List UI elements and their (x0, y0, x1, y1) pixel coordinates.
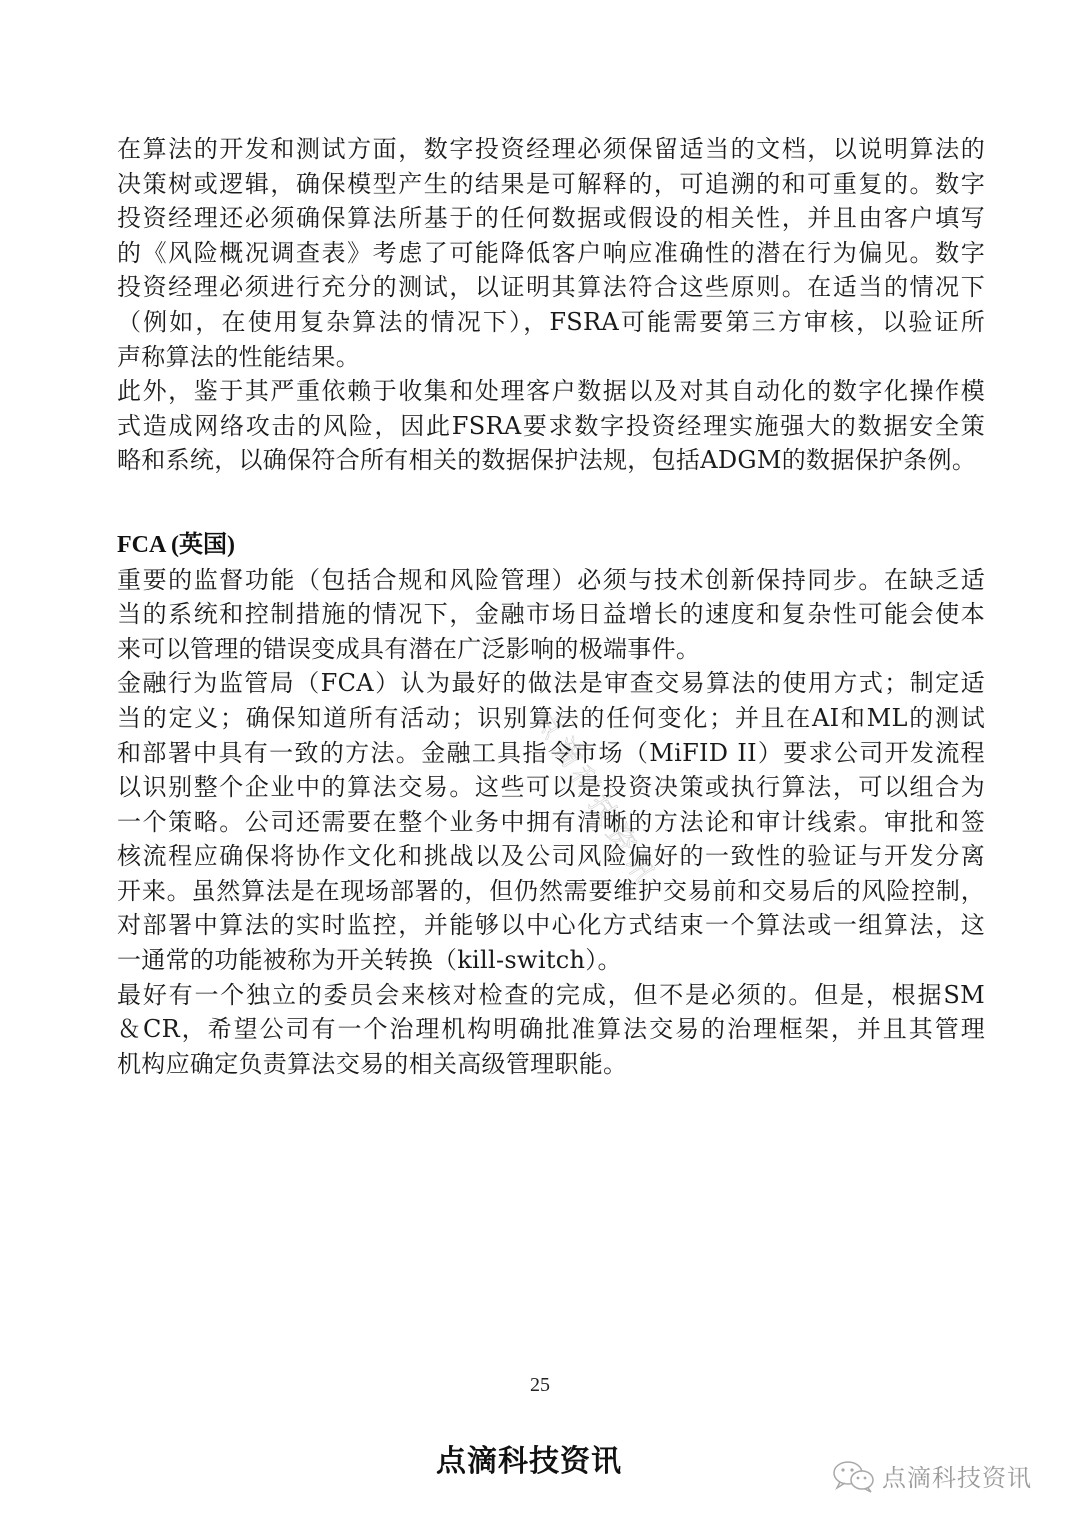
text-line: 以识别整个企业中的算法交易。这些可以是投资决策或执行算法，可以组合为 (117, 770, 985, 805)
paragraph-data-security: 此外，鉴于其严重依赖于收集和处理客户数据以及对其自动化的数字化操作模 式造成网络… (117, 374, 985, 478)
text-line: 重要的监督功能（包括合规和风险管理）必须与技术创新保持同步。在缺乏适 (117, 563, 985, 598)
footer-brand-title: 点滴科技资讯 (436, 1436, 622, 1480)
wechat-account-name: 点滴科技资讯 (882, 1458, 1032, 1493)
text-line: 投资经理必须进行充分的测试，以证明其算法符合这些原则。在适当的情况下 (117, 270, 985, 305)
text-line: 当的定义；确保知道所有活动；识别算法的任何变化；并且在AI和ML的测试 (117, 701, 985, 736)
text-line: 在算法的开发和测试方面，数字投资经理必须保留适当的文档，以说明算法的 (117, 132, 985, 167)
text-line: 开来。虽然算法是在现场部署的，但仍然需要维护交易前和交易后的风险控制， (117, 874, 985, 909)
text-line: 最好有一个独立的委员会来核对检查的完成，但不是必须的。但是，根据SM (117, 978, 985, 1013)
text-line: 一个策略。公司还需要在整个业务中拥有清晰的方法论和审计线索。审批和签 (117, 805, 985, 840)
paragraph-oversight-functions: 重要的监督功能（包括合规和风险管理）必须与技术创新保持同步。在缺乏适 当的系统和… (117, 563, 985, 667)
text-line: 决策树或逻辑，确保模型产生的结果是可解释的，可追溯的和可重复的。数字 (117, 167, 985, 202)
paragraph-independent-committee: 最好有一个独立的委员会来核对检查的完成，但不是必须的。但是，根据SM ＆CR，希… (117, 978, 985, 1082)
text-line: 来可以管理的错误变成具有潜在广泛影响的极端事件。 (117, 632, 985, 667)
text-line: 核流程应确保将协作文化和挑战以及公司风险偏好的一致性的验证与开发分离 (117, 839, 985, 874)
section-spacer (117, 478, 985, 528)
text-line: 和部署中具有一致的方法。金融工具指令市场（MiFID II）要求公司开发流程 (117, 736, 985, 771)
text-line: 式造成网络攻击的风险，因此FSRA要求数字投资经理实施强大的数据安全策 (117, 409, 985, 444)
text-line: 金融行为监管局（FCA）认为最好的做法是审查交易算法的使用方式；制定适 (117, 666, 985, 701)
text-line: 的《风险概况调查表》考虑了可能降低客户响应准确性的潜在行为偏见。数字 (117, 236, 985, 271)
text-line: 声称算法的性能结果。 (117, 340, 985, 375)
text-line: 机构应确定负责算法交易的相关高级管理职能。 (117, 1047, 985, 1082)
text-line: （例如，在使用复杂算法的情况下），FSRA可能需要第三方审核，以验证所 (117, 305, 985, 340)
text-line: 略和系统，以确保符合所有相关的数据保护法规，包括ADGM的数据保护条例。 (117, 443, 985, 478)
text-line: 当的系统和控制措施的情况下，金融市场日益增长的速度和复杂性可能会使本 (117, 597, 985, 632)
text-line: ＆CR，希望公司有一个治理机构明确批准算法交易的治理框架，并且其管理 (117, 1012, 985, 1047)
text-line: 对部署中算法的实时监控，并能够以中心化方式结束一个算法或一组算法，这 (117, 908, 985, 943)
text-line: 投资经理还必须确保算法所基于的任何数据或假设的相关性，并且由客户填写 (117, 201, 985, 236)
paragraph-algorithm-documentation: 在算法的开发和测试方面，数字投资经理必须保留适当的文档，以说明算法的 决策树或逻… (117, 132, 985, 374)
document-page: 在算法的开发和测试方面，数字投资经理必须保留适当的文档，以说明算法的 决策树或逻… (117, 132, 985, 1081)
page-number: 25 (0, 1374, 1080, 1397)
paragraph-fca-best-practice: 金融行为监管局（FCA）认为最好的做法是审查交易算法的使用方式；制定适 当的定义… (117, 666, 985, 977)
section-heading-fca: FCA (英国) (117, 528, 985, 563)
wechat-icon (832, 1459, 876, 1493)
text-line: 此外，鉴于其严重依赖于收集和处理客户数据以及对其自动化的数字化操作模 (117, 374, 985, 409)
wechat-account-mark: 点滴科技资讯 (832, 1458, 1032, 1493)
text-line: 一通常的功能被称为开关转换（kill-switch）。 (117, 943, 985, 978)
